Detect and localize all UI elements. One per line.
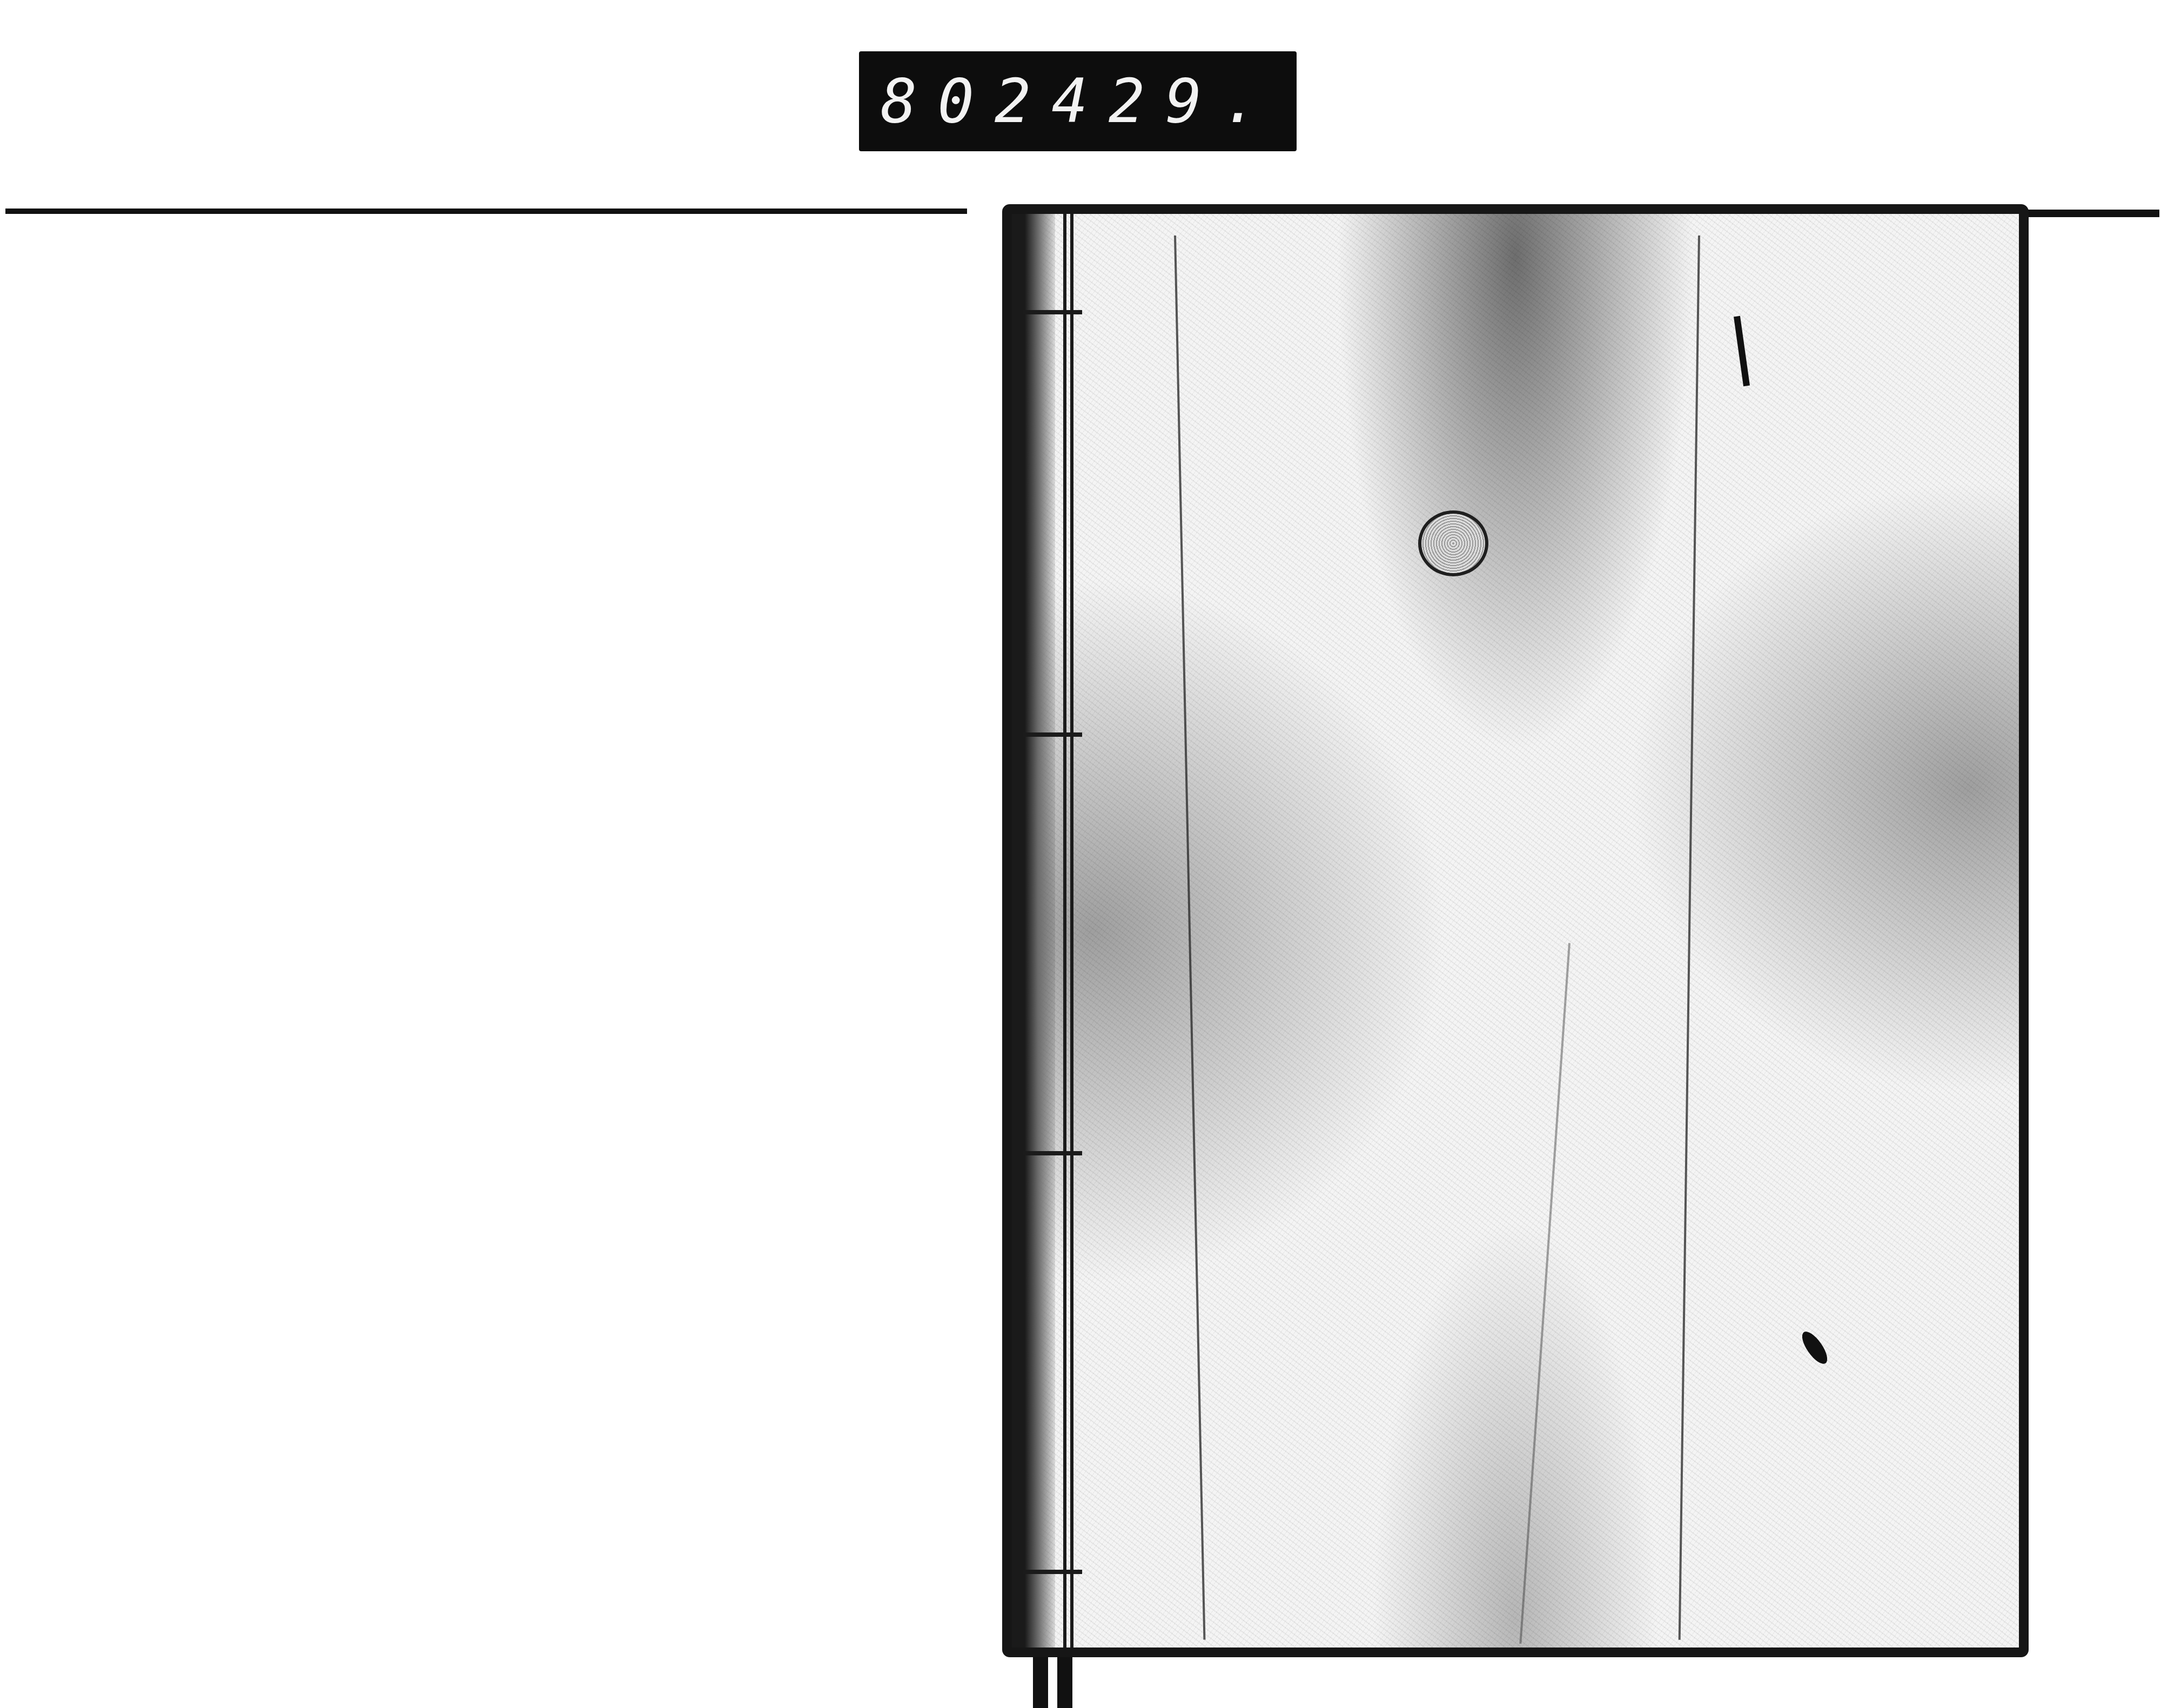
spine-binding-line <box>1070 214 1073 1648</box>
reel-number: 802 <box>881 66 1051 137</box>
spine-shadow <box>1012 214 1055 1648</box>
spine-binding-line <box>1063 214 1066 1648</box>
book-cover <box>1002 204 2029 1657</box>
hanging-thread <box>1057 1657 1072 1708</box>
crease-line <box>1679 236 1700 1640</box>
frame-number: 429. <box>1051 66 1279 137</box>
film-edge-line-left <box>5 209 967 214</box>
film-edge-line-right <box>2027 210 2159 217</box>
crease-line <box>1519 943 1571 1644</box>
stitch-icon <box>1023 1570 1082 1574</box>
stain-seal-icon <box>1418 510 1488 576</box>
stitch-icon <box>1023 310 1082 314</box>
stitch-icon <box>1023 732 1082 737</box>
stitch-icon <box>1023 1151 1082 1155</box>
crease-line <box>1174 236 1205 1640</box>
hanging-thread <box>1033 1657 1048 1708</box>
frame-counter-label: 802 429. <box>859 51 1297 151</box>
